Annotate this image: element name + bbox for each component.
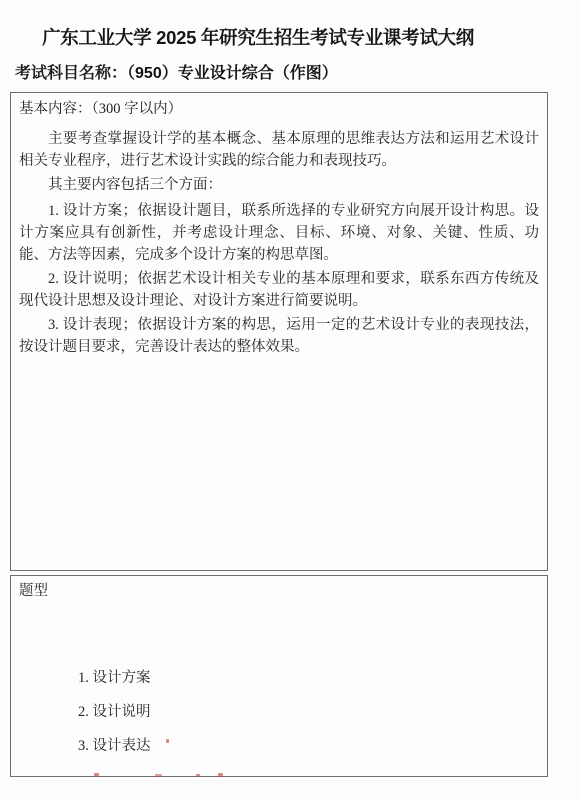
red-ink-speck — [218, 773, 223, 777]
red-ink-speck — [196, 774, 200, 777]
question-type-item: 3. 设计表达 — [78, 729, 539, 763]
document-page: 广东工业大学 2025 年研究生招生考试专业课考试大纲 考试科目名称：（950）… — [0, 0, 580, 800]
content-paragraph: 3. 设计表现；依据设计方案的构思，运用一定的艺术设计专业的表现技法，按设计题目… — [19, 314, 539, 358]
red-ink-speck — [166, 739, 169, 743]
subject-label: 考试科目名称： — [15, 65, 127, 82]
subject-value: （950）专业设计综合（作图） — [127, 65, 338, 82]
question-type-list: 1. 设计方案 2. 设计说明 3. 设计表达 — [78, 661, 539, 763]
red-ink-speck — [155, 774, 162, 777]
subject-line: 考试科目名称：（950）专业设计综合（作图） — [15, 60, 338, 83]
question-type-item: 2. 设计说明 — [78, 695, 539, 729]
content-paragraph: 主要考查掌握设计学的基本概念、基本原理的思维表达方法和运用艺术设计相关专业程序，… — [19, 128, 539, 172]
document-title: 广东工业大学 2025 年研究生招生考试专业课考试大纲 — [0, 24, 516, 50]
question-type-box: 题型 1. 设计方案 2. 设计说明 3. 设计表达 — [10, 575, 548, 777]
question-type-item: 1. 设计方案 — [78, 661, 539, 695]
question-type-header: 题型 — [19, 581, 539, 601]
red-ink-speck — [94, 773, 99, 777]
content-paragraph: 其主要内容包括三个方面： — [19, 174, 539, 196]
basic-content-header: 基本内容：（300 字以内） — [19, 99, 539, 119]
content-paragraph: 2. 设计说明；依据艺术设计相关专业的基本原理和要求，联系东西方传统及现代设计思… — [19, 268, 539, 312]
content-paragraph: 1. 设计方案；依据设计题目，联系所选择的专业研究方向展开设计构思。设计方案应具… — [19, 200, 539, 266]
basic-content-box: 基本内容：（300 字以内） 主要考查掌握设计学的基本概念、基本原理的思维表达方… — [10, 92, 548, 571]
